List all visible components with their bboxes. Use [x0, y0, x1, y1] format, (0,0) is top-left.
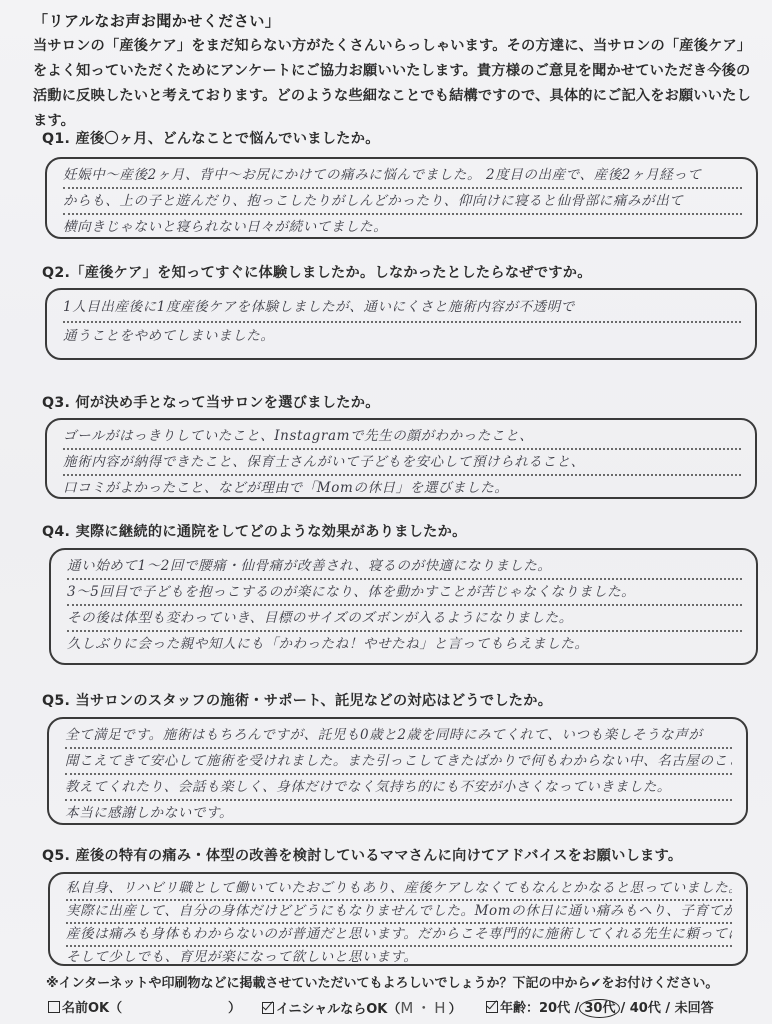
answer-3-line-3: 口コミがよかったこと、などが理由で「Momの休日」を選びました。	[63, 476, 741, 500]
consent-name-ok[interactable]: 名前OK（	[48, 997, 122, 1016]
answer-5-line-4: 本当に感謝しかないです。	[65, 801, 732, 825]
initials-ok-close-paren: ）	[449, 1002, 462, 1017]
answer-6-line-2: 実際に出産して、自分の身体だけどどうにもなりませんでした。Momの休日に通い痛み…	[66, 901, 732, 924]
answer-6-line-3: 産後は痛みも身体もわからないのが普通だと思います。だからこそ専門的に施術してくれ…	[66, 924, 732, 947]
name-ok-close-paren: ）	[228, 997, 241, 1016]
answer-4-line-4: 久しぶりに会った親や知人にも「かわったね！やせたね」と言ってもらえました。	[67, 632, 742, 656]
answer-box-1[interactable]: 妊娠中～産後2ヶ月、背中～お尻にかけての痛みに悩んでました。 2度目の出産で、産…	[45, 157, 758, 239]
answer-4-line-2: 3～5回目で子どもを抱っこするのが楽になり、体を動かすことが苦じゃなくなりました…	[67, 580, 742, 606]
answer-4-line-1: 通い始めて1～2回で腰痛・仙骨痛が改善され、寝るのが快適になりました。	[67, 554, 742, 580]
answer-box-2[interactable]: 1人目出産後に1度産後ケアを体験しましたが、通いにくさと施術内容が不透明で 通う…	[45, 288, 757, 360]
answer-1-line-2: からも、上の子と遊んだり、抱っこしたりがしんどかったり、仰向けに寝ると仙骨部に痛…	[63, 189, 742, 215]
consent-initials-ok[interactable]: イニシャルならOK（M・H）	[262, 997, 462, 1018]
answer-6-line-4: そして少しでも、育児が楽になって欲しいと思います。	[66, 947, 732, 968]
answer-box-4[interactable]: 通い始めて1～2回で腰痛・仙骨痛が改善され、寝るのが快適になりました。 3～5回…	[49, 548, 758, 665]
consent-note: ※インターネットや印刷物などに掲載させていただいてもよろしいでしょうか？下記の中…	[46, 972, 718, 991]
answer-2-line-2: 通うことをやめてしまいました。	[63, 323, 741, 350]
name-ok-checkbox[interactable]	[48, 1001, 60, 1013]
answer-3-line-1: ゴールがはっきりしていたこと、Instagramで先生の顔がわかったこと、	[63, 424, 741, 450]
answer-5-line-2: 聞こえてきて安心して施術を受けれました。また引っこしてきたばかりで何もわからない…	[65, 749, 732, 775]
survey-sheet: 「リアルなお声お聞かせください」 当サロンの「産後ケア」をまだ知らない方がたくさ…	[0, 0, 772, 1024]
age-other-options: / 40代 / 未回答	[620, 1001, 713, 1016]
answer-box-5[interactable]: 全て満足です。施術はもちろんですが、託児も0歳と2歳を同時にみてくれて、いつも楽…	[47, 717, 748, 825]
age-checkbox[interactable]	[486, 1001, 498, 1013]
answer-box-6[interactable]: 私自身、リハビリ職として働いていたおごりもあり、産後ケアしなくてもなんとかなると…	[48, 872, 748, 966]
initials-value[interactable]: M・H	[400, 999, 448, 1017]
survey-intro-text: 当サロンの「産後ケア」をまだ知らない方がたくさんいらっしゃいます。その方達に、当…	[33, 34, 753, 134]
age-selected-30s[interactable]: 30代	[579, 999, 620, 1018]
answer-4-line-3: その後は体型も変わっていき、目標のサイズのズボンが入るようになりました。	[67, 606, 742, 632]
answer-1-line-1: 妊娠中～産後2ヶ月、背中～お尻にかけての痛みに悩んでました。 2度目の出産で、産…	[63, 163, 742, 189]
initials-ok-checkbox[interactable]	[262, 1002, 274, 1014]
consent-age[interactable]: 年齢：20代 /30代/ 40代 / 未回答	[486, 997, 714, 1018]
question-1-label: Q1. 産後〇ヶ月、どんなことで悩んでいましたか。	[42, 128, 380, 148]
answer-1-line-3: 横向きじゃないと寝られない日々が続いてました。	[63, 215, 742, 239]
question-4-label: Q4. 実際に継続的に通院をしてどのような効果がありましたか。	[42, 521, 467, 541]
name-ok-label: 名前OK（	[62, 1001, 122, 1016]
answer-5-line-1: 全て満足です。施術はもちろんですが、託児も0歳と2歳を同時にみてくれて、いつも楽…	[65, 723, 732, 749]
answer-box-3[interactable]: ゴールがはっきりしていたこと、Instagramで先生の顔がわかったこと、 施術…	[45, 418, 757, 499]
question-3-label: Q3. 何が決め手となって当サロンを選びましたか。	[42, 392, 380, 412]
question-5-label: Q5. 当サロンのスタッフの施術・サポート、託児などの対応はどうでしたか。	[42, 690, 552, 710]
question-6-label: Q5. 産後の特有の痛み・体型の改善を検討しているママさんに向けてアドバイスをお…	[42, 845, 682, 865]
initials-ok-label: イニシャルならOK（	[276, 1002, 400, 1017]
age-label: 年齢：20代 /	[500, 1001, 579, 1016]
answer-3-line-2: 施術内容が納得できたこと、保育士さんがいて子どもを安心して預けられること、	[63, 450, 741, 476]
answer-5-line-3: 教えてくれたり、会話も楽しく、身体だけでなく気持ち的にも不安が小さくなっていきま…	[65, 775, 732, 801]
question-2-label: Q2.「産後ケア」を知ってすぐに体験しましたか。しなかったとしたらなぜですか。	[42, 262, 592, 282]
survey-title: 「リアルなお声お聞かせください」	[33, 10, 280, 31]
answer-2-line-1: 1人目出産後に1度産後ケアを体験しましたが、通いにくさと施術内容が不透明で	[63, 294, 741, 323]
answer-6-line-1: 私自身、リハビリ職として働いていたおごりもあり、産後ケアしなくてもなんとかなると…	[66, 878, 732, 901]
